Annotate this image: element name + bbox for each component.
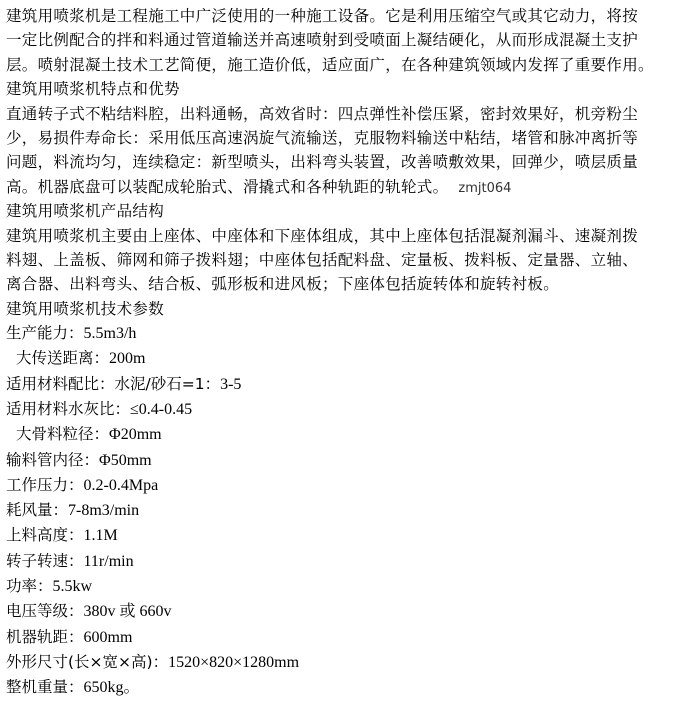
product-code-tag: zmjt064 <box>458 181 511 196</box>
spec-row: 大骨料粒径：Φ20mm <box>6 422 684 447</box>
spec-label: 上料高度： <box>6 526 84 544</box>
features-line-last: 高。机器底盘可以装配成轮胎式、滑撬式和各种轨距的轨轮式。zmjt064 <box>6 175 684 199</box>
features-line-text: 高。机器底盘可以装配成轮胎式、滑撬式和各种轨距的轨轮式。 <box>6 178 448 196</box>
spec-row: 输料管内径：Φ50mm <box>6 448 684 473</box>
document: 建筑用喷浆机是工程施工中广泛使用的一种施工设备。它是利用压缩空气或其它动力，将按… <box>0 0 688 701</box>
spec-label: 转子转速： <box>6 552 84 570</box>
spec-row: 外形尺寸(长×宽×高)：1520×820×1280mm <box>6 650 684 675</box>
specs-list: 生产能力：5.5m3/h大传送距离：200m适用材料配比：水泥/砂石=1：3-5… <box>6 321 684 700</box>
specs-section: 建筑用喷浆机技术参数 生产能力：5.5m3/h大传送距离：200m适用材料配比：… <box>6 297 684 701</box>
structure-heading: 建筑用喷浆机产品结构 <box>6 199 684 223</box>
spec-value: Φ20mm <box>109 426 162 443</box>
spec-label: 适用材料配比：水泥/砂石=1： <box>6 375 220 393</box>
spec-label: 适用材料水灰比： <box>6 400 130 418</box>
spec-value: Φ50mm <box>99 452 152 469</box>
spec-row: 转子转速：11r/min <box>6 549 684 574</box>
spec-value: ≤0.4-0.45 <box>130 401 192 418</box>
structure-line: 离合器、出料弯头、结合板、弧形板和进风板；下座体包括旋转体和旋转衬板。 <box>6 272 684 296</box>
spec-label: 工作压力： <box>6 476 84 494</box>
spec-row: 功率：5.5kw <box>6 574 684 599</box>
spec-row: 大传送距离：200m <box>6 346 684 371</box>
spec-row: 生产能力：5.5m3/h <box>6 321 684 346</box>
spec-value: 0.2-0.4Mpa <box>84 477 159 494</box>
spec-value: 200m <box>109 350 145 367</box>
features-section: 建筑用喷浆机特点和优势 直通转子式不粘结料腔，出料通畅，高效省时：四点弹性补偿压… <box>6 77 684 199</box>
specs-heading: 建筑用喷浆机技术参数 <box>6 297 684 321</box>
spec-label: 功率： <box>6 577 53 595</box>
structure-section: 建筑用喷浆机产品结构 建筑用喷浆机主要由上座体、中座体和下座体组成，其中上座体包… <box>6 199 684 297</box>
intro-line: 一定比例配合的拌和料通过管道输送并高速喷射到受喷面上凝结硬化，从而形成混凝土支护 <box>6 28 684 52</box>
spec-value: 3-5 <box>220 376 241 393</box>
spec-value: 7-8m3/min <box>68 502 139 519</box>
spec-value: 11r/min <box>84 553 134 570</box>
spec-row: 适用材料水灰比：≤0.4-0.45 <box>6 397 684 422</box>
spec-label: 生产能力： <box>6 324 84 342</box>
spec-label: 输料管内径： <box>6 451 99 469</box>
spec-label: 机器轨距： <box>6 628 84 646</box>
spec-row: 耗风量：7-8m3/min <box>6 498 684 523</box>
spec-label: 大传送距离： <box>16 349 109 367</box>
features-line: 问题，料流均匀，连续稳定：新型喷头，出料弯头装置，改善喷敷效果，回弹少，喷层质量 <box>6 150 684 174</box>
spec-label: 耗风量： <box>6 501 68 519</box>
intro-line: 建筑用喷浆机是工程施工中广泛使用的一种施工设备。它是利用压缩空气或其它动力，将按 <box>6 4 684 28</box>
features-line: 直通转子式不粘结料腔，出料通畅，高效省时：四点弹性补偿压紧，密封效果好，机旁粉尘 <box>6 102 684 126</box>
spec-value: 1.1M <box>84 527 118 544</box>
spec-value: 650kg。 <box>84 679 140 696</box>
features-line: 少，易损件寿命长：采用低压高速涡旋气流输送，克服物料输送中粘结，堵管和脉冲离折等 <box>6 126 684 150</box>
spec-row: 工作压力：0.2-0.4Mpa <box>6 473 684 498</box>
spec-value: 5.5m3/h <box>84 325 137 342</box>
spec-row: 上料高度：1.1M <box>6 523 684 548</box>
spec-row: 电压等级：380v 或 660v <box>6 599 684 624</box>
spec-label: 电压等级： <box>6 602 84 620</box>
spec-value: 380v 或 660v <box>84 603 172 620</box>
spec-value: 600mm <box>84 629 133 646</box>
spec-label: 大骨料粒径： <box>16 425 109 443</box>
spec-value: 1520×820×1280mm <box>168 654 299 671</box>
structure-line: 料翅、上盖板、筛网和筛子拨料翅；中座体包括配料盘、定量板、拨料板、定量器、立轴、 <box>6 248 684 272</box>
structure-line: 建筑用喷浆机主要由上座体、中座体和下座体组成，其中上座体包括混凝剂漏斗、速凝剂拨 <box>6 224 684 248</box>
features-heading: 建筑用喷浆机特点和优势 <box>6 77 684 101</box>
spec-row: 适用材料配比：水泥/砂石=1：3-5 <box>6 372 684 397</box>
intro-paragraph: 建筑用喷浆机是工程施工中广泛使用的一种施工设备。它是利用压缩空气或其它动力，将按… <box>6 4 684 77</box>
spec-row: 机器轨距：600mm <box>6 625 684 650</box>
spec-label: 外形尺寸(长×宽×高)： <box>6 653 168 671</box>
spec-label: 整机重量： <box>6 678 84 696</box>
spec-value: 5.5kw <box>53 578 93 595</box>
intro-line: 层。喷射混凝土技术工艺简便，施工造价低，适应面广，在各种建筑领域内发挥了重要作用… <box>6 53 684 77</box>
spec-row: 整机重量：650kg。 <box>6 675 684 700</box>
